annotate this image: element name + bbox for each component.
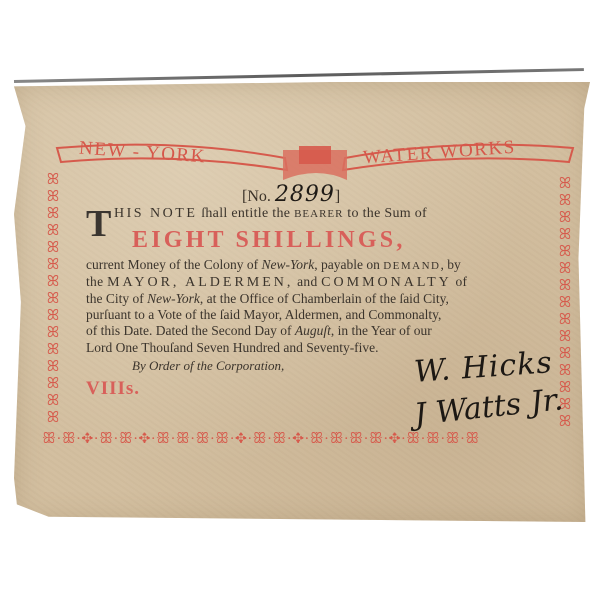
body-text: of <box>452 274 468 289</box>
text-line-1: HIS NOTE ſhall entitle the BEARER to the… <box>114 206 427 222</box>
ornament-icon: ꕤ <box>556 363 574 380</box>
ornament-icon: ꕤ <box>44 206 62 223</box>
body-text: current Money of the Colony of <box>86 257 261 272</box>
italic-text: New-York <box>261 257 314 272</box>
serial-prefix: [No. <box>242 188 271 205</box>
ornament-icon: ꕤ <box>44 189 62 206</box>
ornament-icon: ꕤ <box>44 291 62 308</box>
drop-cap: T <box>86 202 111 246</box>
body-text: , by <box>441 257 461 272</box>
caps-text: MAYOR, ALDERMEN, <box>107 275 293 290</box>
left-ornament-border: ꕤꕤꕤꕤꕤꕤꕤꕤꕤꕤꕤꕤꕤꕤꕤ <box>44 172 62 427</box>
body-text: the <box>86 274 107 289</box>
serial-handwritten: 2899 <box>275 182 335 207</box>
ornament-icon: ꕤ <box>556 346 574 363</box>
paper-top-edge <box>14 68 584 83</box>
body-text: the City of <box>86 291 147 306</box>
body-text: , payable on <box>314 257 383 272</box>
denomination: VIIIs. <box>86 378 140 400</box>
ornament-icon: ꕤ <box>44 325 62 342</box>
caps-text: HIS NOTE <box>114 206 197 221</box>
ornament-icon: ꕤ <box>556 193 574 210</box>
bottom-ornament-border: ꕥ·ꕥ·✥·ꕥ·ꕥ·✥·ꕥ·ꕥ·ꕥ·ꕥ·✥·ꕥ·ꕥ·✥·ꕥ·ꕥ·ꕥ·ꕥ·✥·ꕥ·… <box>42 430 572 448</box>
ornament-icon: ꕤ <box>556 244 574 261</box>
caps-text: COMMONALTY <box>321 275 452 290</box>
text-line-8: Lord One Thouſand Seven Hundred and Seve… <box>86 340 379 356</box>
text-line-3: current Money of the Colony of New-York,… <box>86 257 461 273</box>
italic-text: Auguſt <box>295 323 331 338</box>
ornament-icon: ꕤ <box>44 393 62 410</box>
ornament-icon: ꕤ <box>556 329 574 346</box>
order-line: By Order of the Corporation, <box>132 358 284 374</box>
serial-suffix: ] <box>335 188 340 205</box>
ornament-icon: ꕤ <box>556 210 574 227</box>
ornament-icon: ꕤ <box>44 308 62 325</box>
body-text: , at the Office of Chamberlain of the ſa… <box>200 291 449 306</box>
ornament-icon: ꕤ <box>556 278 574 295</box>
ornament-icon: ꕤ <box>556 227 574 244</box>
italic-text: New-York <box>147 291 200 306</box>
ornament-icon: ꕤ <box>556 312 574 329</box>
ornament-icon: ꕤ <box>44 376 62 393</box>
body-text: of this Date. Dated the Second Day of <box>86 323 295 338</box>
ornament-icon: ꕤ <box>44 240 62 257</box>
ornament-icon: ꕤ <box>44 172 62 189</box>
ornament-icon: ꕤ <box>44 257 62 274</box>
ornament-icon: ꕤ <box>44 359 62 376</box>
ornament-icon: ꕤ <box>556 176 574 193</box>
ornament-icon: ꕤ <box>44 342 62 359</box>
ornament-icon: ꕤ <box>44 274 62 291</box>
text-line-5: the City of New-York, at the Office of C… <box>86 291 449 307</box>
body-text: and <box>293 274 321 289</box>
serial-number: [No. 2899] <box>242 182 340 207</box>
body-text: to the Sum of <box>343 206 427 221</box>
smallcaps-text: BEARER <box>294 208 343 220</box>
ornament-icon: ꕤ <box>556 261 574 278</box>
text-line-4: the MAYOR, ALDERMEN, and COMMONALTY of <box>86 274 467 291</box>
title-banner: NEW - YORK WATER WORKS <box>55 136 575 186</box>
ornament-icon: ꕤ <box>44 223 62 240</box>
smallcaps-text: DEMAND <box>383 260 440 272</box>
body-text: , in the Year of our <box>331 323 432 338</box>
text-line-7: of this Date. Dated the Second Day of Au… <box>86 323 432 339</box>
text-line-6: purſuant to a Vote of the ſaid Mayor, Al… <box>86 307 441 323</box>
ornament-icon: ꕤ <box>556 295 574 312</box>
ornament-icon: ꕤ <box>44 410 62 427</box>
body-text: ſhall entitle the <box>197 206 294 221</box>
amount-text: EIGHT SHILLINGS, <box>132 227 406 254</box>
